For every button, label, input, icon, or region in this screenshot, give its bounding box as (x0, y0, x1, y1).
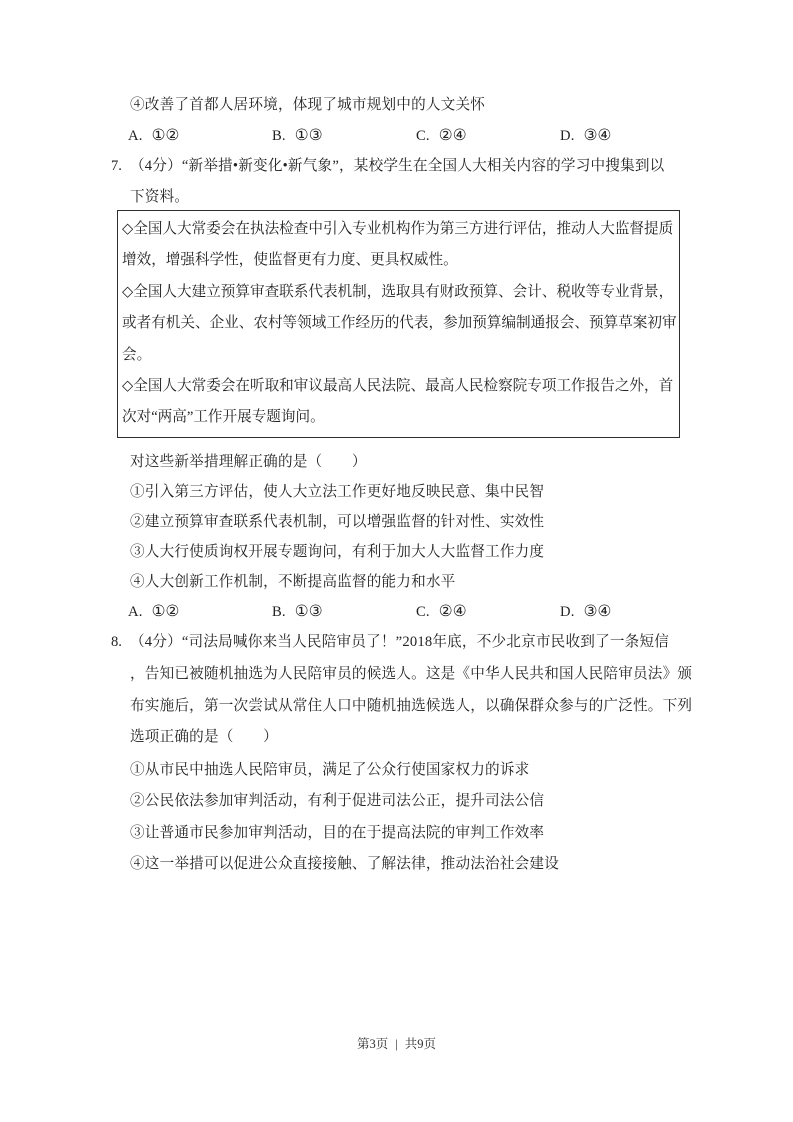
material-line: ◇全国人大常委会在听取和审议最高人民法院、最高人民检察院专项工作报告之外，首 (122, 371, 675, 402)
q8-statement-2: ②公民依法参加审判活动，有利于促进司法公正，提升司法公信 (130, 786, 559, 817)
q6-choice-row: A.①② B.①③ C.②④ D.③④ (128, 120, 704, 152)
q7-statement-3: ③人大行使质询权开展专题询问，有利于加大人大监督工作力度 (130, 537, 544, 567)
q7-intro: （4分）“新举措•新变化•新气象”，某校学生在全国人大相关内容的学习中搜集到以 … (130, 151, 664, 213)
q8-statement-1: ①从市民中抽选人民陪审员，满足了公众行使国家权力的诉求 (130, 755, 559, 786)
material-line: 次对“两高”工作开展专题询问。 (122, 402, 675, 433)
choice-letter: B. (272, 604, 286, 620)
choice-numbers: ①③ (295, 602, 323, 620)
material-line: 或者有机关、企业、农村等领域工作经历的代表，参加预算编制通报会、预算草案初审 (122, 308, 675, 339)
choice-letter: D. (560, 128, 575, 144)
choice-letter: A. (128, 128, 143, 144)
q8-statement-4: ④这一举措可以促进公众直接接触、了解法律，推动法治社会建设 (130, 849, 559, 880)
choice-numbers: ②④ (439, 602, 467, 620)
q6-statement-4: ④改善了首都人居环境，体现了城市规划中的人文关怀 (130, 90, 485, 121)
choice-letter: A. (128, 604, 143, 620)
q7-material-box: ◇全国人大常委会在执法检查中引入专业机构作为第三方进行评估，推动人大监督提质 增… (117, 210, 680, 438)
q7-choice-c: C.②④ (416, 596, 560, 628)
q7-stem: 对这些新举措理解正确的是（ ） (130, 447, 367, 478)
q8-stem-line: ，告知已被随机抽选为人民陪审员的候选人。这是《中华人民共和国人民陪审员法》颁 (130, 659, 692, 691)
exam-paper-page: ④改善了首都人居环境，体现了城市规划中的人文关怀 A.①② B.①③ C.②④ … (0, 0, 793, 1122)
q8-stem-line: （4分）“司法局喊你来当人民陪审员了！”2018年底，不少北京市民收到了一条短信 (130, 627, 692, 659)
q7-number: 7. (111, 151, 122, 182)
footer-page-number: 第3页 (357, 1037, 388, 1051)
q8-statement-3: ③让普通市民参加审判活动，目的在于提高法院的审判工作效率 (130, 818, 559, 849)
choice-numbers: ①③ (295, 126, 323, 144)
q6-choice-a: A.①② (128, 120, 272, 152)
q7-statements: ①引入第三方评估，使人大立法工作更好地反映民意、集中民智 ②建立预算审查联系代表… (130, 477, 544, 597)
choice-numbers: ③④ (584, 126, 612, 144)
choice-numbers: ①② (152, 126, 180, 144)
choice-letter: C. (416, 604, 430, 620)
q7-choice-b: B.①③ (272, 596, 416, 628)
q8-stem-line: 选项正确的是（ ） (130, 722, 692, 754)
choice-letter: D. (560, 604, 575, 620)
material-line: 会。 (122, 340, 675, 371)
q7-choice-d: D.③④ (560, 596, 704, 628)
footer-separator: | (395, 1037, 398, 1051)
q8-statements: ①从市民中抽选人民陪审员，满足了公众行使国家权力的诉求 ②公民依法参加审判活动，… (130, 755, 559, 881)
choice-numbers: ②④ (439, 126, 467, 144)
q7-statement-4: ④人大创新工作机制，不断提高监督的能力和水平 (130, 567, 544, 597)
q7-intro-line: 下资料。 (130, 182, 664, 213)
material-line: ◇全国人大常委会在执法检查中引入专业机构作为第三方进行评估，推动人大监督提质 (122, 214, 675, 245)
q7-intro-line: （4分）“新举措•新变化•新气象”，某校学生在全国人大相关内容的学习中搜集到以 (130, 151, 664, 182)
q7-choice-row: A.①② B.①③ C.②④ D.③④ (128, 596, 704, 628)
page-footer: 第3页|共9页 (0, 1036, 793, 1052)
q6-choice-c: C.②④ (416, 120, 560, 152)
q8-stem: （4分）“司法局喊你来当人民陪审员了！”2018年底，不少北京市民收到了一条短信… (130, 627, 692, 754)
q7-statement-1: ①引入第三方评估，使人大立法工作更好地反映民意、集中民智 (130, 477, 544, 507)
choice-letter: B. (272, 128, 286, 144)
q7-statement-2: ②建立预算审查联系代表机制，可以增强监督的针对性、实效性 (130, 507, 544, 537)
choice-numbers: ①② (152, 602, 180, 620)
q6-choice-d: D.③④ (560, 120, 704, 152)
footer-total-pages: 共9页 (405, 1037, 436, 1051)
q7-choice-a: A.①② (128, 596, 272, 628)
choice-numbers: ③④ (584, 602, 612, 620)
material-line: ◇全国人大建立预算审查联系代表机制，选取具有财政预算、会计、税收等专业背景， (122, 277, 675, 308)
q8-number: 8. (111, 627, 122, 658)
material-line: 增效，增强科学性，使监督更有力度、更具权威性。 (122, 245, 675, 276)
choice-letter: C. (416, 128, 430, 144)
q6-choice-b: B.①③ (272, 120, 416, 152)
q8-stem-line: 布实施后，第一次尝试从常住人口中随机抽选候选人，以确保群众参与的广泛性。下列 (130, 691, 692, 723)
